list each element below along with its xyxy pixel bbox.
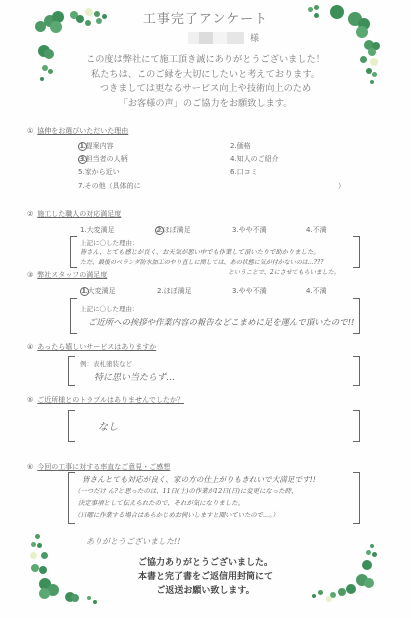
section-1-title: ①協伸をお選びいただいた理由 [27, 126, 128, 136]
option-somewhat-dissatisfied[interactable]: 3.やや不満 [232, 225, 267, 235]
section-5-title: ⑤ご近所様とのトラブルはありませんでしたか？ [27, 395, 184, 405]
option-other[interactable]: 7.その他（具体的に [78, 181, 141, 191]
option-staff-personality[interactable]: 33.担当者の人柄 [78, 154, 128, 164]
reason-label: 上記に〇した理由： [80, 304, 139, 313]
handwritten-answer: ということで、2にさせてもらいました。 [228, 267, 340, 276]
section-2-title: ②施工した職人の対応満足度 [27, 209, 121, 219]
example-label: 例：表札塗装など [80, 359, 132, 368]
section-4-title: ④あったら嬉しいサービスはありますか [27, 342, 156, 352]
section-3-title: ③弊社スタッフの満足度 [27, 270, 107, 280]
survey-sheet: 工事完了アンケート 様 この度は弊社にて施工頂き誠にありがとうございました！ 私… [0, 0, 411, 618]
greeting-line: 「お客様の声」のご協力をお願致します。 [0, 97, 411, 112]
handwritten-answer: （一つだけ ん?と思ったのは、11日(土)の作業が12日(日)に変更になった時、 [74, 486, 297, 495]
option-proposal[interactable]: 11.提案内容 [78, 141, 114, 151]
footer-message: ご協力ありがとうございました。 本書と完了書をご返信用封筒にて ご返送お願い致し… [0, 556, 411, 598]
option-dissatisfied[interactable]: 4.不満 [306, 286, 327, 296]
option-other-close: ） [338, 181, 345, 191]
option-referral[interactable]: 4.知人のご紹介 [230, 154, 279, 164]
handwritten-answer: なし [98, 418, 118, 433]
handwritten-answer: 決定事項として伝えられたので、それが気になりました。 [78, 498, 244, 507]
greeting-line: 私たちは、このご縁を大切にしたいと考えております。 [0, 68, 411, 83]
recipient-suffix: 様 [250, 31, 259, 44]
handwritten-answer: （日曜に作業する場合はあらかじめお伺いしますと聞いていたので…。） [74, 510, 279, 519]
handwritten-answer: 皆さん、とても感じが良く、お天気が悪い中でも作業して頂いたりで助かりました。 [80, 247, 320, 256]
option-mostly-satisfied[interactable]: 22.ほぼ満足 [155, 225, 191, 235]
redacted-name [188, 32, 244, 44]
option-word-of-mouth[interactable]: 6.口コミ [230, 167, 258, 177]
option-price[interactable]: 2.価格 [230, 141, 251, 151]
footer-line: 本書と完了書をご返信用封筒にて [0, 570, 411, 584]
survey-title: 工事完了アンケート [0, 8, 411, 27]
option-close-to-home[interactable]: 5.家から近い [78, 167, 120, 177]
reason-label: 上記に〇した理由： [80, 238, 139, 247]
option-mostly-satisfied[interactable]: 2.ほぼ満足 [157, 286, 192, 296]
handwritten-answer: ただ、最後のベランダ防水加工のやり直しに関しては、あの状態に気が付かないのは…?… [80, 257, 323, 266]
handwritten-answer: 特に思い当たらず… [94, 370, 175, 383]
recipient-name: 様 [188, 31, 259, 44]
option-very-satisfied[interactable]: 1.大変満足 [80, 225, 115, 235]
option-dissatisfied[interactable]: 4.不満 [306, 225, 327, 235]
greeting-line: つきましては更なるサービス向上や技術向上のため [0, 82, 411, 97]
option-very-satisfied[interactable]: 11.大変満足 [80, 286, 116, 296]
option-somewhat-dissatisfied[interactable]: 3.やや不満 [232, 286, 267, 296]
footer-line: ご協力ありがとうございました。 [0, 556, 411, 570]
handwritten-answer: 皆さんとても対応が良く、家の方の仕上がりもきれいで大満足です!! [82, 474, 316, 485]
greeting-line: この度は弊社にて施工頂き誠にありがとうございました！ [0, 53, 411, 68]
footer-line: ご返送お願い致します。 [0, 584, 411, 598]
greeting-message: この度は弊社にて施工頂き誠にありがとうございました！ 私たちは、このご縁を大切に… [0, 53, 411, 111]
handwritten-answer: ご近所への挨拶や作業内容の報告などこまめに足を運んで頂いたので!! [88, 316, 354, 328]
section-6-title: ⑥今回の工事に対する率直なご意見・ご感想 [27, 462, 170, 472]
